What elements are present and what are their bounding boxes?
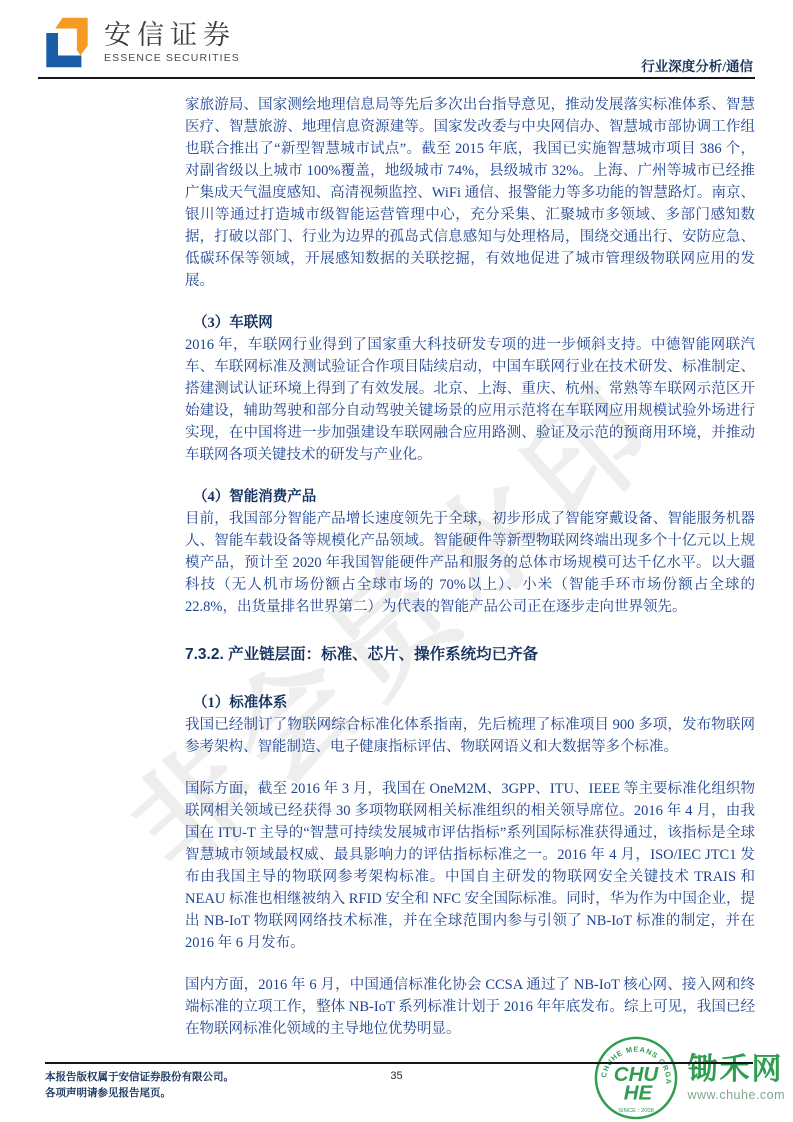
essence-securities-logo: 安信证券 ESSENCE SECURITIES <box>40 14 240 70</box>
body-paragraph-smartcity: 家旅游局、国家测绘地理信息局等先后多次出台指导意见，推动发展落实标准体系、智慧医… <box>185 94 755 292</box>
essence-logo-icon <box>40 14 94 70</box>
chuhe-logo: CHUHE MEANS ORGANIC CHU HE SINCE : 2008 … <box>593 1035 785 1121</box>
footer-divider <box>45 1062 753 1064</box>
body-paragraph-standard-intl: 国际方面，截至 2016 年 3 月，我国在 OneM2M、3GPP、ITU、I… <box>185 778 755 954</box>
header-divider <box>38 77 755 79</box>
seal-main-line2: HE <box>624 1082 654 1105</box>
chuhe-site-name: 锄禾网 <box>687 1054 783 1086</box>
seal-bottom-text: SINCE : 2008 <box>619 1108 655 1114</box>
section-heading-732: 7.3.2. 产业链层面：标准、芯片、操作系统均已齐备 <box>185 644 755 666</box>
brand-text: 安信证券 ESSENCE SECURITIES <box>104 20 240 64</box>
subsection-heading-standard: （1）标准体系 <box>193 692 755 714</box>
brand-name-cn: 安信证券 <box>104 20 240 50</box>
report-page: 安信证券 ESSENCE SECURITIES 行业深度分析/通信 非会员水印 … <box>0 0 793 1122</box>
report-body: 家旅游局、国家测绘地理信息局等先后多次出台指导意见，推动发展落实标准体系、智慧医… <box>185 94 755 1060</box>
body-paragraph-standard-domestic: 国内方面，2016 年 6 月，中国通信标准化协会 CCSA 通过了 NB-Io… <box>185 974 755 1040</box>
subsection-heading-consumer: （4）智能消费产品 <box>193 486 755 508</box>
copyright-line2: 各项声明请参见报告尾页。 <box>45 1086 234 1102</box>
chuhe-site-url: www.chuhe.com <box>687 1088 785 1102</box>
chuhe-seal-icon: CHUHE MEANS ORGANIC CHU HE SINCE : 2008 <box>593 1035 679 1121</box>
brand-name-en: ESSENCE SECURITIES <box>104 52 240 64</box>
report-category-label: 行业深度分析/通信 <box>641 55 753 75</box>
body-paragraph-car: 2016 年，车联网行业得到了国家重大科技研发专项的进一步倾斜支持。中德智能网联… <box>185 334 755 466</box>
body-paragraph-standard: 我国已经制订了物联网综合标准化体系指南，先后梳理了标准项目 900 多项，发布物… <box>185 714 755 758</box>
subsection-heading-car: （3）车联网 <box>193 312 755 334</box>
body-paragraph-consumer: 目前，我国部分智能产品增长速度领先于全球，初步形成了智能穿戴设备、智能服务机器人… <box>185 508 755 618</box>
